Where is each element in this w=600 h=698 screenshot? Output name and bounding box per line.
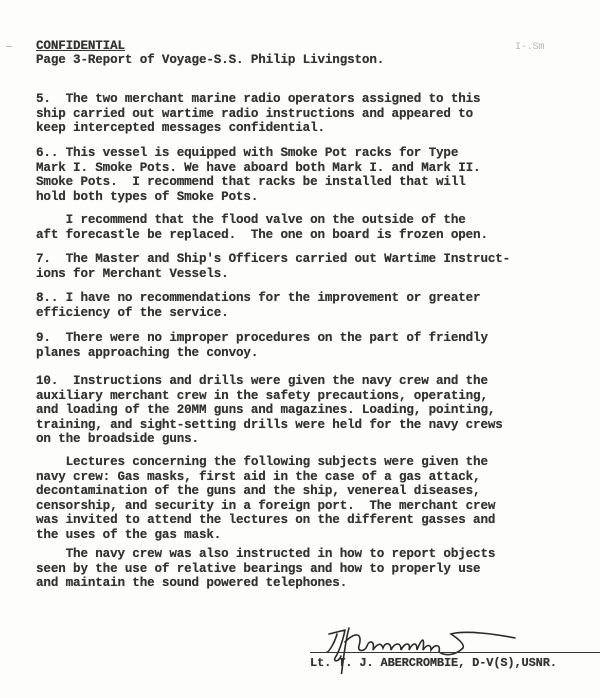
paragraph-line: was invited to attend the lectures on th… [36, 513, 495, 528]
paragraph-line: I recommend that the flood valve on the … [36, 213, 466, 228]
paragraph-line: Smoke Pots. I recommend that racks be in… [36, 175, 466, 190]
paragraph-line: 8.. I have no recommendations for the im… [36, 291, 480, 306]
paragraph-line: navy crew: Gas masks, first aid in the c… [36, 470, 480, 485]
paragraph-line: planes approaching the convoy. [36, 346, 258, 361]
document-page: CONFIDENTIAL Page 3-Report of Voyage-S.S… [0, 0, 600, 698]
classification-header: CONFIDENTIAL [36, 39, 125, 54]
paragraph-line: efficiency of the service. [36, 306, 229, 321]
signature-line [310, 652, 600, 653]
corner-mark: I-.Sm [515, 40, 544, 55]
paragraph-line: Mark I. Smoke Pots. We have aboard both … [36, 161, 480, 176]
paragraph-line: 6.. This vessel is equipped with Smoke P… [36, 146, 458, 161]
paragraph-line: keep intercepted messages confidential. [36, 121, 325, 136]
paragraph-line: training, and sight-setting drills were … [36, 418, 503, 433]
paragraph-line: 10. Instructions and drills were given t… [36, 374, 488, 389]
paragraph-line: censorship, and security in a foreign po… [36, 499, 495, 514]
page-subtitle: Page 3-Report of Voyage-S.S. Philip Livi… [36, 53, 384, 68]
paragraph-line: ions for Merchant Vessels. [36, 267, 229, 282]
paragraph-line: Lectures concerning the following subjec… [36, 455, 488, 470]
margin-mark: — [6, 42, 12, 53]
paragraph-line: aft forecastle be replaced. The one on b… [36, 228, 488, 243]
paragraph-line: seen by the use of relative bearings and… [36, 562, 480, 577]
paragraph-line: 5. The two merchant marine radio operato… [36, 92, 480, 107]
paragraph-line: decontamination of the guns and the ship… [36, 484, 480, 499]
paragraph-line: the uses of the gas mask. [36, 528, 221, 543]
paragraph-line: The navy crew was also instructed in how… [36, 547, 495, 562]
paragraph-line: 9. There were no improper procedures on … [36, 331, 488, 346]
paragraph-line: and loading of the 20MM guns and magazin… [36, 403, 495, 418]
paragraph-line: on the broadside guns. [36, 432, 199, 447]
paragraph-line: and maintain the sound powered telephone… [36, 576, 347, 591]
paragraph-line: hold both types of Smoke Pots. [36, 190, 258, 205]
typed-signature: Lt. T. J. ABERCROMBIE, D-V(S),USNR. [310, 656, 557, 671]
paragraph-line: ship carried out wartime radio instructi… [36, 107, 473, 122]
paragraph-line: 7. The Master and Ship's Officers carrie… [36, 252, 510, 267]
paragraph-line: auxiliary merchant crew in the safety pr… [36, 389, 488, 404]
